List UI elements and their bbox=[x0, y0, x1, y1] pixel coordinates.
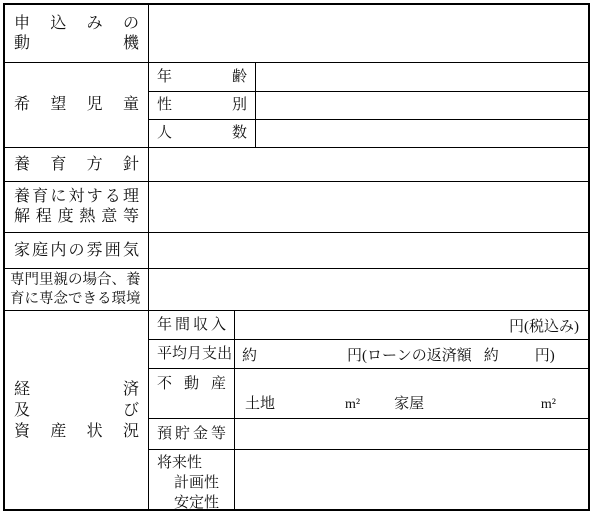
row-special-foster: 専門里親の場合、養 育に専念できる環境 bbox=[5, 269, 588, 311]
monthly-expense-label-text: 平均月支出 bbox=[157, 345, 226, 364]
subrow-savings: 預貯金等 bbox=[149, 419, 588, 450]
care-policy-label-text: 養育方針 bbox=[14, 155, 139, 175]
real-estate-detail-line: 土地 m² 家屋 m² bbox=[235, 392, 588, 413]
savings-value-cell bbox=[235, 419, 588, 449]
monthly-expense-unit-end: 円) bbox=[535, 344, 555, 365]
understanding-value-cell bbox=[149, 182, 588, 232]
home-atmosphere-label: 家庭内の雰囲気 bbox=[5, 233, 149, 268]
motive-label: 申込みの 動機 bbox=[5, 5, 149, 62]
annual-income-label-text: 年間収入 bbox=[157, 316, 226, 335]
subrow-future: 将来性 計画性 安定性 bbox=[149, 450, 588, 509]
monthly-expense-value-cell: 約 円(ローンの返済額 約 円) bbox=[235, 340, 588, 368]
desired-child-subrows: 年齢 性別 人数 bbox=[149, 63, 588, 147]
count-label: 人数 bbox=[149, 120, 256, 147]
land-label: 土地 bbox=[245, 392, 275, 413]
annual-income-label: 年間収入 bbox=[149, 311, 235, 339]
subrow-annual-income: 年間収入 円(税込み) bbox=[149, 311, 588, 340]
monthly-expense-approx: 約 bbox=[242, 344, 257, 365]
real-estate-label-text: 不動産 bbox=[157, 375, 226, 394]
care-policy-label: 養育方針 bbox=[5, 148, 149, 181]
desired-child-label: 希望児童 bbox=[5, 63, 149, 147]
future-label-line2: 計画性 bbox=[157, 473, 226, 493]
sex-label-text: 性別 bbox=[157, 96, 247, 115]
sex-value-cell bbox=[256, 92, 588, 119]
row-home-atmosphere: 家庭内の雰囲気 bbox=[5, 233, 588, 269]
annual-income-unit: 円(税込み) bbox=[509, 315, 579, 336]
house-label: 家屋 bbox=[394, 392, 424, 413]
future-value-cell bbox=[235, 450, 588, 509]
understanding-label-line1: 養育に対する理 bbox=[14, 187, 139, 207]
motive-label-line2: 動機 bbox=[14, 34, 139, 54]
count-value-cell bbox=[256, 120, 588, 147]
future-label-line1: 将来性 bbox=[157, 453, 226, 473]
monthly-expense-loan-text: 円(ローンの返済額 bbox=[347, 344, 472, 365]
motive-value-cell bbox=[149, 5, 588, 62]
row-care-policy: 養育方針 bbox=[5, 148, 588, 182]
sex-label: 性別 bbox=[149, 92, 256, 119]
row-desired-child: 希望児童 年齢 性別 人数 bbox=[5, 63, 588, 148]
land-unit: m² bbox=[345, 397, 360, 413]
economy-label-line2: 及び bbox=[14, 400, 139, 421]
real-estate-label: 不動産 bbox=[149, 369, 235, 418]
economy-label-line3: 資産状況 bbox=[14, 421, 139, 442]
future-label-line3: 安定性 bbox=[157, 493, 226, 513]
home-atmosphere-label-text: 家庭内の雰囲気 bbox=[14, 241, 139, 261]
foster-application-form: 申込みの 動機 希望児童 年齢 性別 人数 bbox=[3, 3, 590, 511]
row-application-motive: 申込みの 動機 bbox=[5, 5, 588, 63]
house-unit: m² bbox=[541, 397, 556, 413]
annual-income-value-cell: 円(税込み) bbox=[235, 311, 588, 339]
age-label: 年齢 bbox=[149, 63, 256, 91]
economy-label-line1: 経済 bbox=[14, 379, 139, 400]
savings-label: 預貯金等 bbox=[149, 419, 235, 449]
special-foster-label: 専門里親の場合、養 育に専念できる環境 bbox=[5, 269, 149, 310]
special-foster-value-cell bbox=[149, 269, 588, 310]
savings-label-text: 預貯金等 bbox=[157, 425, 226, 444]
understanding-label-line2: 解程度熱意等 bbox=[14, 207, 139, 227]
count-label-text: 人数 bbox=[157, 124, 247, 143]
special-foster-label-line1: 専門里親の場合、養 bbox=[10, 271, 143, 290]
home-atmosphere-value-cell bbox=[149, 233, 588, 268]
care-policy-value-cell bbox=[149, 148, 588, 181]
subrow-monthly-expense: 平均月支出 約 円(ローンの返済額 約 円) bbox=[149, 340, 588, 369]
age-label-text: 年齢 bbox=[157, 68, 247, 87]
monthly-expense-label: 平均月支出 bbox=[149, 340, 235, 368]
future-label: 将来性 計画性 安定性 bbox=[149, 450, 235, 509]
real-estate-value-cell: 土地 m² 家屋 m² bbox=[235, 369, 588, 418]
row-understanding: 養育に対する理 解程度熱意等 bbox=[5, 182, 588, 233]
subrow-real-estate: 不動産 土地 m² 家屋 m² bbox=[149, 369, 588, 419]
subrow-sex: 性別 bbox=[149, 92, 588, 120]
motive-label-line1: 申込みの bbox=[14, 14, 139, 34]
age-value-cell bbox=[256, 63, 588, 91]
row-economy-assets: 経済 及び 資産状況 年間収入 円(税込み) 平均月支出 約 円(ローンの返済額 bbox=[5, 311, 588, 509]
special-foster-label-line2: 育に専念できる環境 bbox=[10, 290, 143, 309]
economy-subrows: 年間収入 円(税込み) 平均月支出 約 円(ローンの返済額 約 円) bbox=[149, 311, 588, 509]
monthly-expense-loan-approx: 約 bbox=[484, 344, 499, 365]
understanding-label: 養育に対する理 解程度熱意等 bbox=[5, 182, 149, 232]
economy-label: 経済 及び 資産状況 bbox=[5, 311, 149, 509]
desired-child-label-text: 希望児童 bbox=[14, 95, 139, 115]
subrow-count: 人数 bbox=[149, 120, 588, 147]
subrow-age: 年齢 bbox=[149, 63, 588, 92]
